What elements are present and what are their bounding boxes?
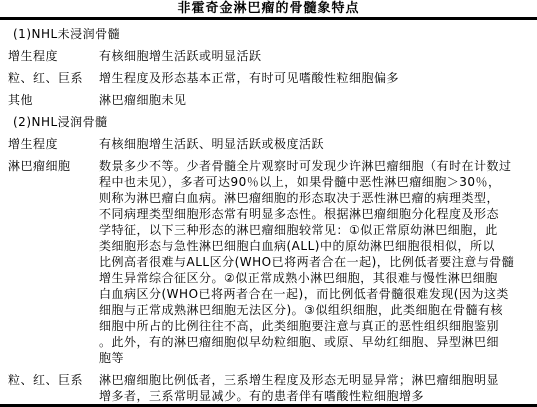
table-body: (1)NHL未浸润骨髓增生程度有核细胞增生活跃或明显活跃粒、红、巨系增生程度及形… <box>0 26 537 404</box>
content-line: 类细胞形态与急性淋巴细胞白血病(ALL)中的原幼淋巴细胞很相似，所以 <box>99 238 537 254</box>
section-header-label: (1)NHL未浸润骨髓 <box>13 26 120 42</box>
row-content: 有核细胞增生活跃、明显活跃或极度活跃 <box>99 136 537 152</box>
row-label: 增生程度 <box>0 48 99 64</box>
content-line: 有核细胞增生活跃或明显活跃 <box>99 48 537 64</box>
content-line: 增生程度及形态基本正常，有时可见嗜酸性粒细胞偏多 <box>99 70 537 86</box>
content-line: 数景多少不等。少者骨髓全片观察时可发现少许淋巴瘤细胞（有时在计数过 <box>99 158 537 174</box>
row-label: 增生程度 <box>0 136 99 152</box>
content-line: 细胞与正常成熟淋巴细胞无法区分)。③似组织细胞，此类细胞在骨髓有核 <box>99 302 537 318</box>
row-content: 增生程度及形态基本正常，有时可见嗜酸性粒细胞偏多 <box>99 70 537 86</box>
table-row: 增生程度有核细胞增生活跃或明显活跃 <box>0 48 537 64</box>
row-label: 淋巴瘤细胞 <box>0 158 99 366</box>
row-label: 粒、红、巨系 <box>0 70 99 86</box>
table-row: 粒、红、巨系增生程度及形态基本正常，有时可见嗜酸性粒细胞偏多 <box>0 70 537 86</box>
content-line: 增多者，三系常明显减少。有的患者伴有嗜酸性粒细胞增多 <box>99 388 537 404</box>
content-line: 学特征，以下三种形态的淋巴瘤细胞较常见：①似正常原幼淋巴细胞，此 <box>99 222 537 238</box>
page-title: 非霍奇金淋巴瘤的骨髓象特点 <box>0 0 537 17</box>
content-line: 白血病区分(WHO已将两者合在一起)，而比例低者骨髓很难发现(因为这类 <box>99 286 537 302</box>
row-content: 淋巴瘤细胞比例低者，三系增生程度及形态无明显异常；淋巴瘤细胞明显增多者，三系常明… <box>99 372 537 404</box>
row-label: 粒、红、巨系 <box>0 372 99 404</box>
content-line: 细胞中所占的比例往往不高，此类细胞要注意与真正的恶性组织细胞鉴别 <box>99 318 537 334</box>
content-line: 淋巴瘤细胞未见 <box>99 92 537 108</box>
table-row: 粒、红、巨系淋巴瘤细胞比例低者，三系增生程度及形态无明显异常；淋巴瘤细胞明显增多… <box>0 372 537 404</box>
content-line: 胞等 <box>99 350 537 366</box>
row-content: 有核细胞增生活跃或明显活跃 <box>99 48 537 64</box>
table-row: 其他淋巴瘤细胞未见 <box>0 92 537 108</box>
row-label: 其他 <box>0 92 99 108</box>
section-header-row: (1)NHL未浸润骨髓 <box>0 26 537 42</box>
content-line: 不同病理类型细胞形态常有明显多态性。根据淋巴瘤细胞分化程度及形态 <box>99 206 537 222</box>
table-row: 淋巴瘤细胞数景多少不等。少者骨髓全片观察时可发现少许淋巴瘤细胞（有时在计数过程中… <box>0 158 537 366</box>
document-page: 非霍奇金淋巴瘤的骨髓象特点 (1)NHL未浸润骨髓增生程度有核细胞增生活跃或明显… <box>0 0 537 407</box>
content-line: 则称为淋巴瘤白血病。淋巴瘤细胞的形态取决于恶性淋巴瘤的病理类型， <box>99 190 537 206</box>
section-header-label: (2)NHL浸润骨髓 <box>13 114 108 130</box>
table-row: 增生程度有核细胞增生活跃、明显活跃或极度活跃 <box>0 136 537 152</box>
content-line: 有核细胞增生活跃、明显活跃或极度活跃 <box>99 136 537 152</box>
top-rule <box>0 17 537 20</box>
content-line: 增生异常综合征区分。②似正常成熟小淋巴细胞，其很难与慢性淋巴细胞 <box>99 270 537 286</box>
content-line: 淋巴瘤细胞比例低者，三系增生程度及形态无明显异常；淋巴瘤细胞明显 <box>99 372 537 388</box>
content-line: 程中也未见），多者可达90％以上，如果骨髓中恶性淋巴瘤细胞＞30％， <box>99 174 537 190</box>
row-content: 数景多少不等。少者骨髓全片观察时可发现少许淋巴瘤细胞（有时在计数过程中也未见），… <box>99 158 537 366</box>
content-line: 比例高者很难与ALL区分(WHO已将两者合在一起)，比例低者要注意与骨髓 <box>99 254 537 270</box>
section-header-row: (2)NHL浸润骨髓 <box>0 114 537 130</box>
content-line: 。此外，有的淋巴瘤细胞似早幼粒细胞、或原、早幼红细胞、异型淋巴细 <box>99 334 537 350</box>
row-content: 淋巴瘤细胞未见 <box>99 92 537 108</box>
